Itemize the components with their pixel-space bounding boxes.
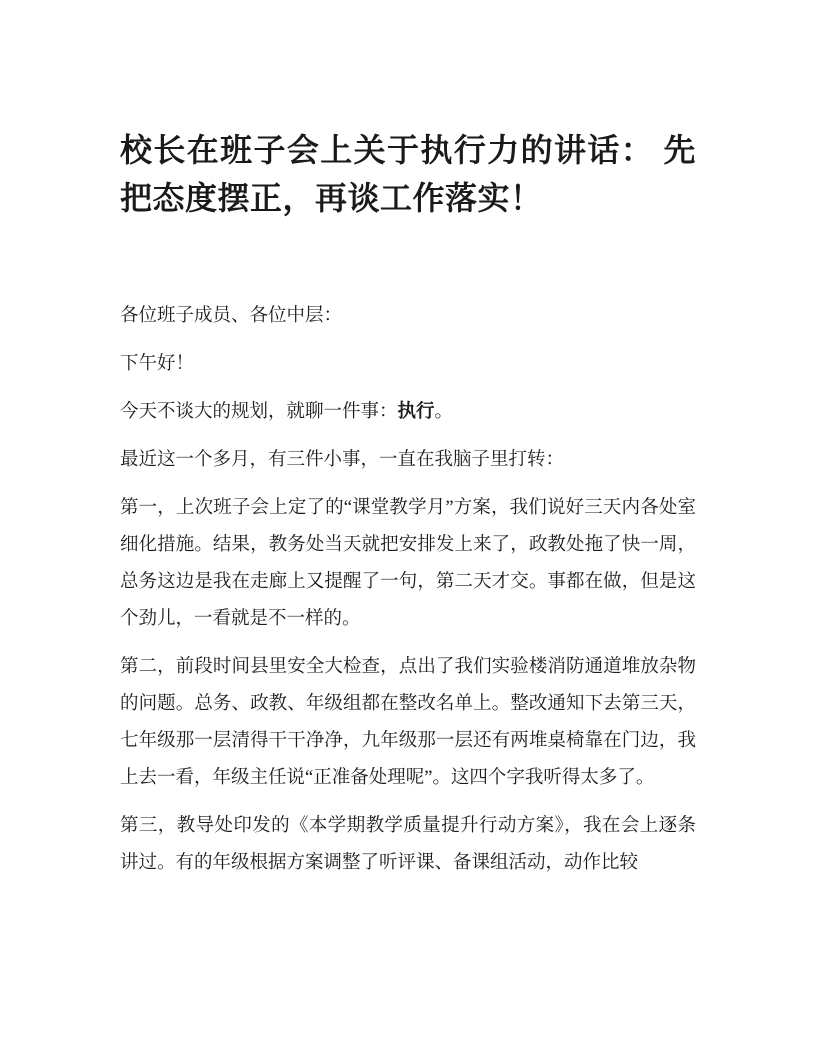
document-page: 校长在班子会上关于执行力的讲话： 先把态度摆正，再谈工作落实！ 各位班子成员、各… [0, 0, 816, 1056]
topic-prefix: 今天不谈大的规划，就聊一件事： [120, 402, 398, 422]
document-body: 各位班子成员、各位中层： 下午好！ 今天不谈大的规划，就聊一件事：执行。 最近这… [120, 298, 696, 882]
paragraph-point-3: 第三，教导处印发的《本学期教学质量提升行动方案》，我在会上逐条讲过。有的年级根据… [120, 808, 696, 882]
document-title: 校长在班子会上关于执行力的讲话： 先把态度摆正，再谈工作落实！ [120, 126, 696, 222]
paragraph-intro: 最近这一个多月，有三件小事，一直在我脑子里打转： [120, 442, 696, 479]
paragraph-topic: 今天不谈大的规划，就聊一件事：执行。 [120, 394, 696, 431]
paragraph-point-2: 第二，前段时间县里安全大检查，点出了我们实验楼消防通道堆放杂物的问题。总务、政教… [120, 649, 696, 797]
paragraph-point-1: 第一，上次班子会上定了的“课堂教学月”方案，我们说好三天内各处室细化措施。结果，… [120, 490, 696, 638]
paragraph-salutation: 各位班子成员、各位中层： [120, 298, 696, 335]
document-content: 校长在班子会上关于执行力的讲话： 先把态度摆正，再谈工作落实！ 各位班子成员、各… [120, 126, 696, 893]
topic-suffix: 。 [435, 402, 454, 422]
paragraph-greeting: 下午好！ [120, 346, 696, 383]
topic-emphasis: 执行 [398, 402, 435, 422]
